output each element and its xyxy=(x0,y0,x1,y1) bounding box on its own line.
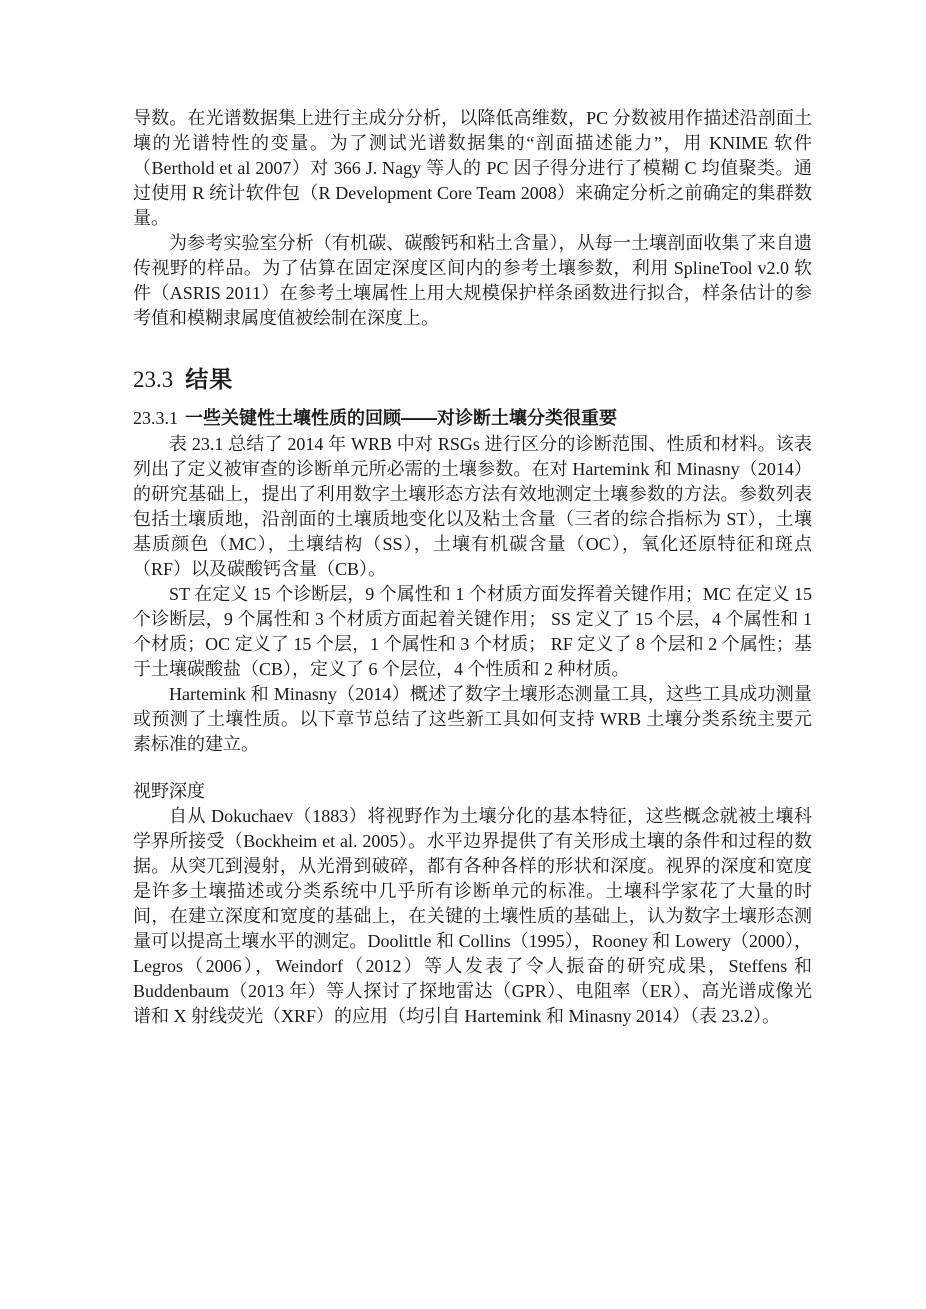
body-paragraph: 导数。在光谱数据集上进行主成分分析，以降低高维数，PC 分数被用作描述沿剖面土壤… xyxy=(133,106,812,231)
document-page: 导数。在光谱数据集上进行主成分分析，以降低高维数，PC 分数被用作描述沿剖面土壤… xyxy=(0,0,926,1309)
side-heading-label: 视野深度 xyxy=(133,779,812,804)
body-paragraph: Hartemink 和 Minasny（2014）概述了数字土壤形态测量工具，这… xyxy=(133,682,812,757)
document-content: 导数。在光谱数据集上进行主成分分析，以降低高维数，PC 分数被用作描述沿剖面土壤… xyxy=(133,106,812,1029)
subsection-heading: 23.3.1一些关键性土壤性质的回顾——对诊断土壤分类很重要 xyxy=(133,405,812,432)
body-paragraph: 自从 Dokuchaev（1883）将视野作为土壤分化的基本特征，这些概念就被土… xyxy=(133,804,812,1029)
section-title: 结果 xyxy=(185,366,233,392)
body-paragraph: ST 在定义 15 个诊断层，9 个属性和 1 个材质方面发挥着关键作用；MC … xyxy=(133,582,812,682)
subsection-title: 一些关键性土壤性质的回顾——对诊断土壤分类很重要 xyxy=(185,408,617,428)
section-heading: 23.3结果 xyxy=(133,364,812,395)
subsection-number: 23.3.1 xyxy=(133,408,178,428)
section-number: 23.3 xyxy=(133,367,173,392)
body-paragraph: 为参考实验室分析（有机碳、碳酸钙和粘土含量），从每一土壤剖面收集了来自遗传视野的… xyxy=(133,231,812,331)
body-paragraph: 表 23.1 总结了 2014 年 WRB 中对 RSGs 进行区分的诊断范围、… xyxy=(133,432,812,582)
